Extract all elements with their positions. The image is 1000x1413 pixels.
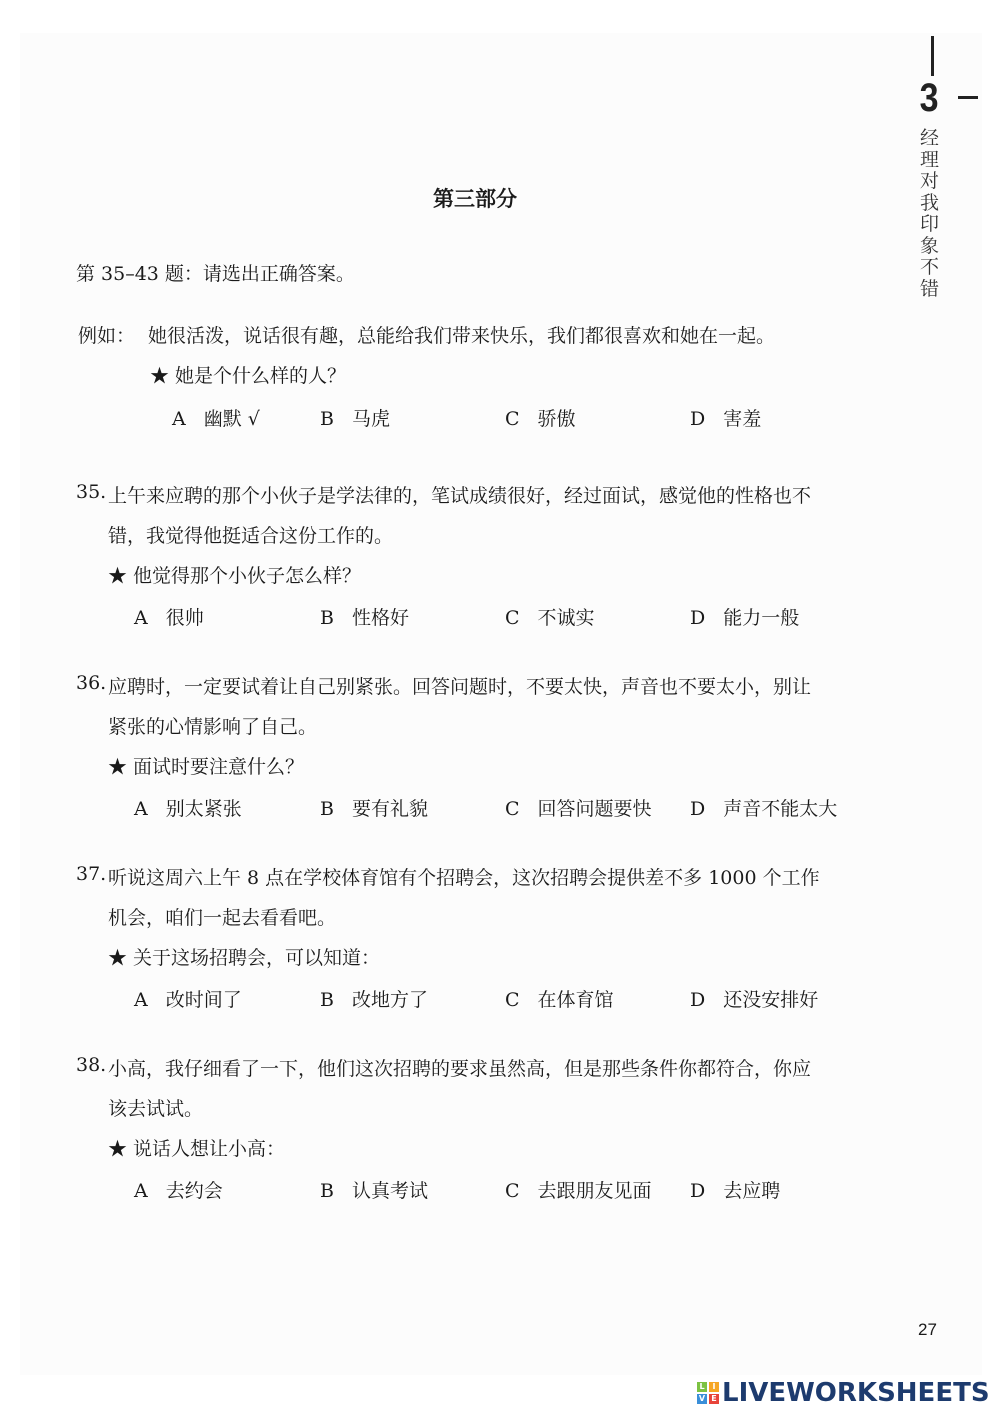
question-prompt: ★ 说话人想让小高： [108,1134,285,1161]
option-c[interactable]: C回答问题要快 [505,794,652,821]
question-number: 36. [76,672,106,694]
chapter-divider-vertical [931,36,934,76]
example-option-b: B马虎 [320,404,390,431]
option-d[interactable]: D还没安排好 [690,985,818,1012]
example-question: ★ 她是个什么样的人？ [150,361,346,388]
option-c[interactable]: C在体育馆 [505,985,614,1012]
chapter-divider-horizontal [958,96,978,99]
option-a[interactable]: A去约会 [134,1176,223,1203]
question-prompt: ★ 他觉得那个小伙子怎么样？ [108,561,361,588]
option-d[interactable]: D去应聘 [690,1176,780,1203]
chapter-title-vertical: 经理对我印象不错 [920,128,944,300]
option-a[interactable]: A别太紧张 [134,794,242,821]
worksheet-page [20,33,982,1375]
logo-text: LIVEWORKSHEETS [722,1380,990,1406]
option-a[interactable]: A改时间了 [134,985,242,1012]
question-text-line1: 上午来应聘的那个小伙子是学法律的，笔试成绩很好，经过面试，感觉他的性格也不 [108,481,811,508]
instruction: 第 35–43 题：请选出正确答案。 [76,259,355,286]
option-d[interactable]: D能力一般 [690,603,799,630]
question-text-line2: 紧张的心情影响了自己。 [108,712,317,739]
example-option-c: C骄傲 [505,404,576,431]
question-text-line2: 机会，咱们一起去看看吧。 [108,903,336,930]
option-d[interactable]: D声音不能太大 [690,794,837,821]
option-c[interactable]: C不诚实 [505,603,595,630]
chapter-number: 3 [920,78,939,118]
example-option-d: D害羞 [690,404,761,431]
liveworksheets-logo[interactable]: L I V E LIVEWORKSHEETS [697,1380,990,1406]
question-text-line2: 该去试试。 [108,1094,203,1121]
question-number: 38. [76,1054,106,1076]
question-text-line1: 小高，我仔细看了一下，他们这次招聘的要求虽然高，但是那些条件你都符合，你应 [108,1054,811,1081]
question-prompt: ★ 关于这场招聘会，可以知道： [108,943,380,970]
option-c[interactable]: C去跟朋友见面 [505,1176,652,1203]
option-b[interactable]: B要有礼貌 [320,794,428,821]
option-b[interactable]: B改地方了 [320,985,428,1012]
example-label: 例如： [78,321,135,348]
question-text-line1: 听说这周六上午 8 点在学校体育馆有个招聘会，这次招聘会提供差不多 1000 个… [108,863,820,890]
option-a[interactable]: A很帅 [134,603,204,630]
option-b[interactable]: B认真考试 [320,1176,428,1203]
option-b[interactable]: B性格好 [320,603,409,630]
question-number: 37. [76,863,106,885]
page-number: 27 [918,1320,937,1340]
question-text-line2: 错，我觉得他挺适合这份工作的。 [108,521,393,548]
example-text: 她很活泼，说话很有趣，总能给我们带来快乐，我们都很喜欢和她在一起。 [148,321,775,348]
section-title: 第三部分 [0,183,950,213]
question-text-line1: 应聘时，一定要试着让自己别紧张。回答问题时，不要太快，声音也不要太小，别让 [108,672,811,699]
live-tiles-icon: L I V E [697,1382,719,1404]
question-number: 35. [76,481,106,503]
question-prompt: ★ 面试时要注意什么？ [108,752,304,779]
example-option-a: A幽默 √ [172,404,260,431]
